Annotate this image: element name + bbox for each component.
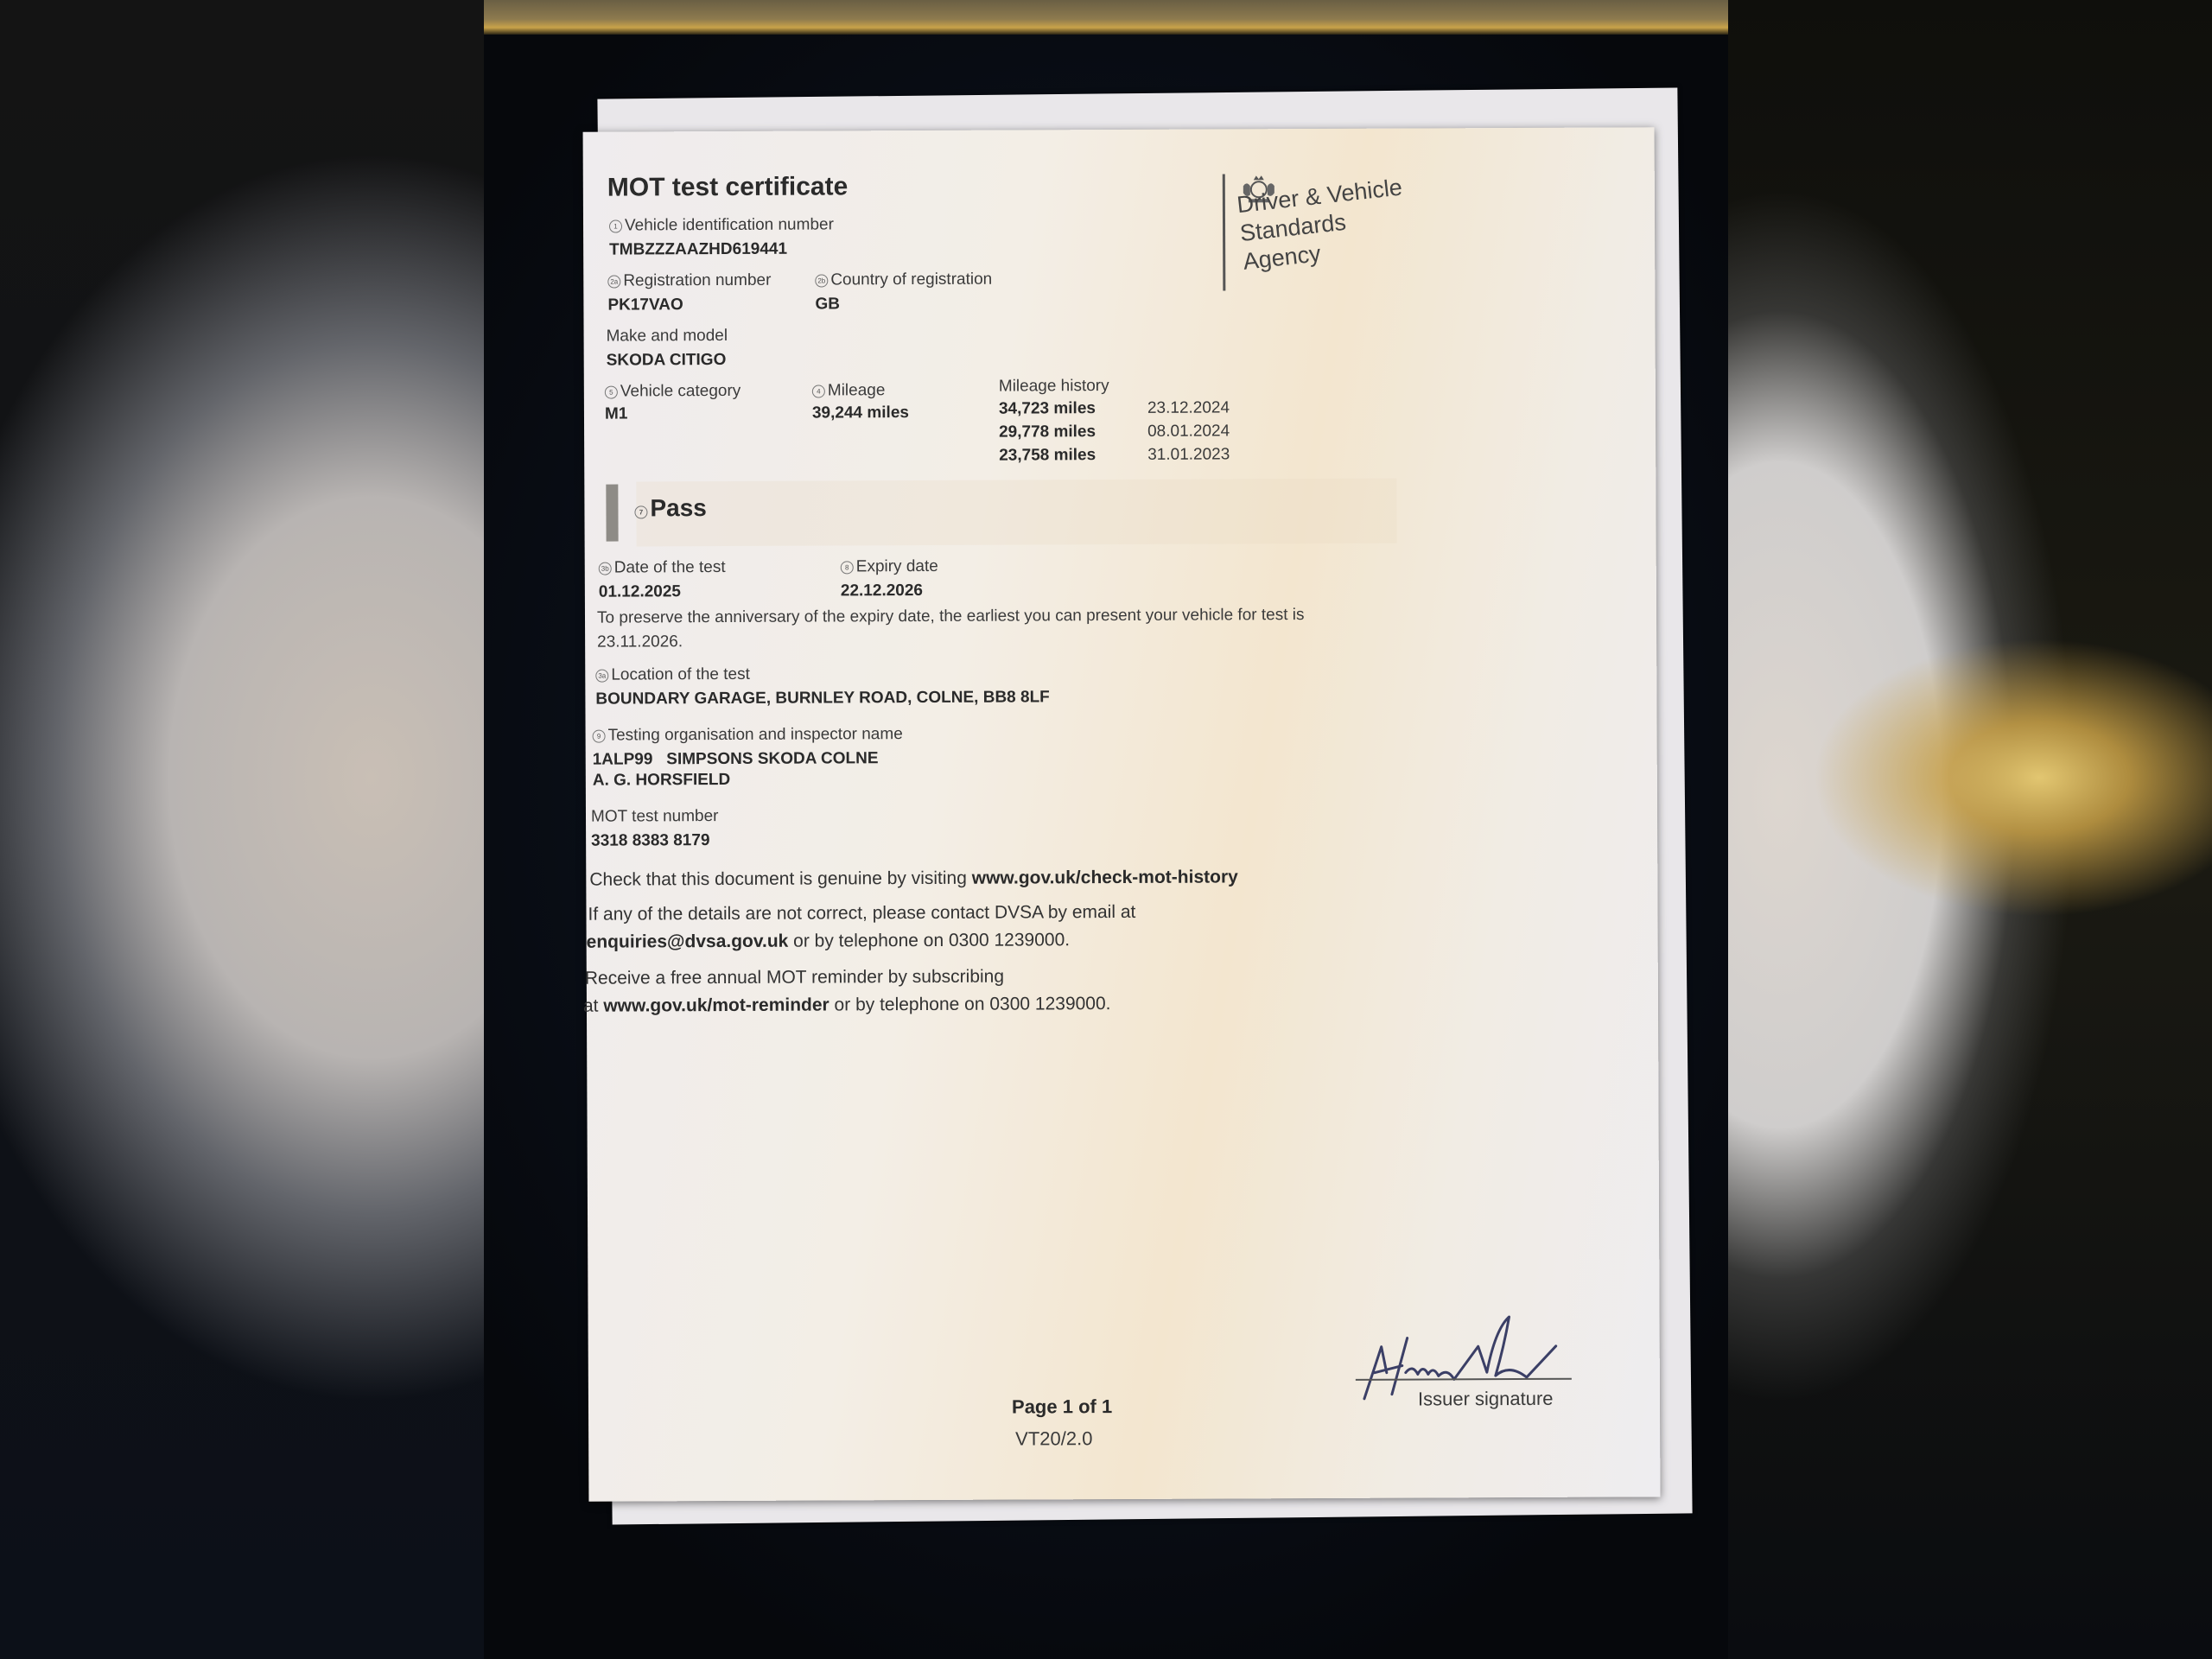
category-label: 5Vehicle category	[605, 382, 741, 402]
mileage-history-miles-3: 23,758 miles	[999, 446, 1096, 465]
logo-divider	[1223, 174, 1226, 290]
field-number-badge: 2a	[607, 276, 620, 289]
mileage-history-miles-1: 34,723 miles	[999, 399, 1096, 418]
expiry-date-label: 8Expiry date	[841, 557, 938, 576]
registration-label: 2aRegistration number	[607, 271, 771, 291]
mileage-label: 4Mileage	[812, 381, 886, 400]
test-date-value: 01.12.2025	[599, 582, 681, 601]
certificate-title: MOT test certificate	[607, 172, 849, 202]
test-date-label: 3bDate of the test	[599, 558, 726, 578]
inspector-name: A. G. HORSFIELD	[593, 771, 731, 791]
mot-certificate-page: MOT test certificate Driver & Vehicle St…	[583, 127, 1661, 1501]
blurred-background-right	[1728, 0, 2212, 1659]
location-label: 3aLocation of the test	[595, 665, 750, 685]
field-number-badge: 9	[593, 730, 606, 743]
vin-label: 1Vehicle identification number	[609, 215, 834, 235]
field-number-badge: 1	[609, 220, 622, 233]
country-value: GB	[815, 295, 840, 314]
contact-line-2: enquiries@dvsa.gov.uk or by telephone on…	[587, 930, 1071, 952]
field-number-badge: 3b	[599, 563, 612, 575]
form-code: VT20/2.0	[1015, 1427, 1092, 1450]
test-number-value: 3318 8383 8179	[591, 831, 709, 851]
mileage-history-date-1: 23.12.2024	[1147, 398, 1230, 417]
field-number-badge: 2b	[815, 274, 828, 287]
anniversary-note-line-1: To preserve the anniversary of the expir…	[597, 606, 1305, 628]
check-mot-history-link[interactable]: www.gov.uk/check-mot-history	[972, 867, 1238, 887]
mot-reminder-link[interactable]: www.gov.uk/mot-reminder	[603, 995, 829, 1015]
dvsa-logo-text: Driver & Vehicle Standards Agency	[1236, 174, 1410, 276]
make-model-value: SKODA CITIGO	[607, 351, 727, 371]
mileage-value: 39,244 miles	[812, 404, 909, 423]
mileage-history-label: Mileage history	[999, 377, 1109, 397]
field-number-badge: 5	[605, 386, 618, 399]
test-number-label: MOT test number	[591, 807, 719, 827]
make-model-label: Make and model	[607, 327, 728, 346]
result-marker	[606, 485, 618, 542]
result-panel	[636, 479, 1396, 547]
reminder-line-2: at www.gov.uk/mot-reminder or by telepho…	[583, 994, 1111, 1017]
page-number: Page 1 of 1	[1012, 1395, 1112, 1419]
dvsa-email-link[interactable]: enquiries@dvsa.gov.uk	[587, 931, 789, 952]
location-value: BOUNDARY GARAGE, BURNLEY ROAD, COLNE, BB…	[595, 688, 1049, 709]
vin-value: TMBZZZAAZHD619441	[609, 240, 787, 260]
issuer-signature-label: Issuer signature	[1418, 1388, 1554, 1411]
country-label: 2bCountry of registration	[815, 270, 992, 290]
mileage-history-date-2: 08.01.2024	[1147, 422, 1230, 441]
field-number-badge: 4	[812, 385, 825, 397]
test-result: 7Pass	[634, 494, 707, 522]
certificate-photo: MOT test certificate Driver & Vehicle St…	[484, 0, 1728, 1659]
mileage-history-miles-2: 29,778 miles	[999, 423, 1096, 442]
registration-value: PK17VAO	[607, 296, 683, 315]
field-number-badge: 7	[634, 505, 647, 518]
field-number-badge: 3a	[595, 670, 608, 683]
category-value: M1	[605, 404, 628, 423]
check-genuine-text: Check that this document is genuine by v…	[589, 867, 1238, 890]
testing-organisation: 1ALP99 SIMPSONS SKODA COLNE	[593, 749, 879, 769]
contact-line-1: If any of the details are not correct, p…	[588, 902, 1135, 925]
reminder-line-1: Receive a free annual MOT reminder by su…	[585, 967, 1004, 989]
field-number-badge: 8	[841, 561, 854, 574]
expiry-date-value: 22.12.2026	[841, 582, 923, 601]
table-edge	[484, 0, 1728, 35]
tester-label: 9Testing organisation and inspector name	[593, 725, 903, 746]
anniversary-note-line-2: 23.11.2026.	[597, 632, 683, 652]
blurred-background-left	[0, 0, 484, 1659]
mileage-history-date-3: 31.01.2023	[1147, 445, 1230, 464]
